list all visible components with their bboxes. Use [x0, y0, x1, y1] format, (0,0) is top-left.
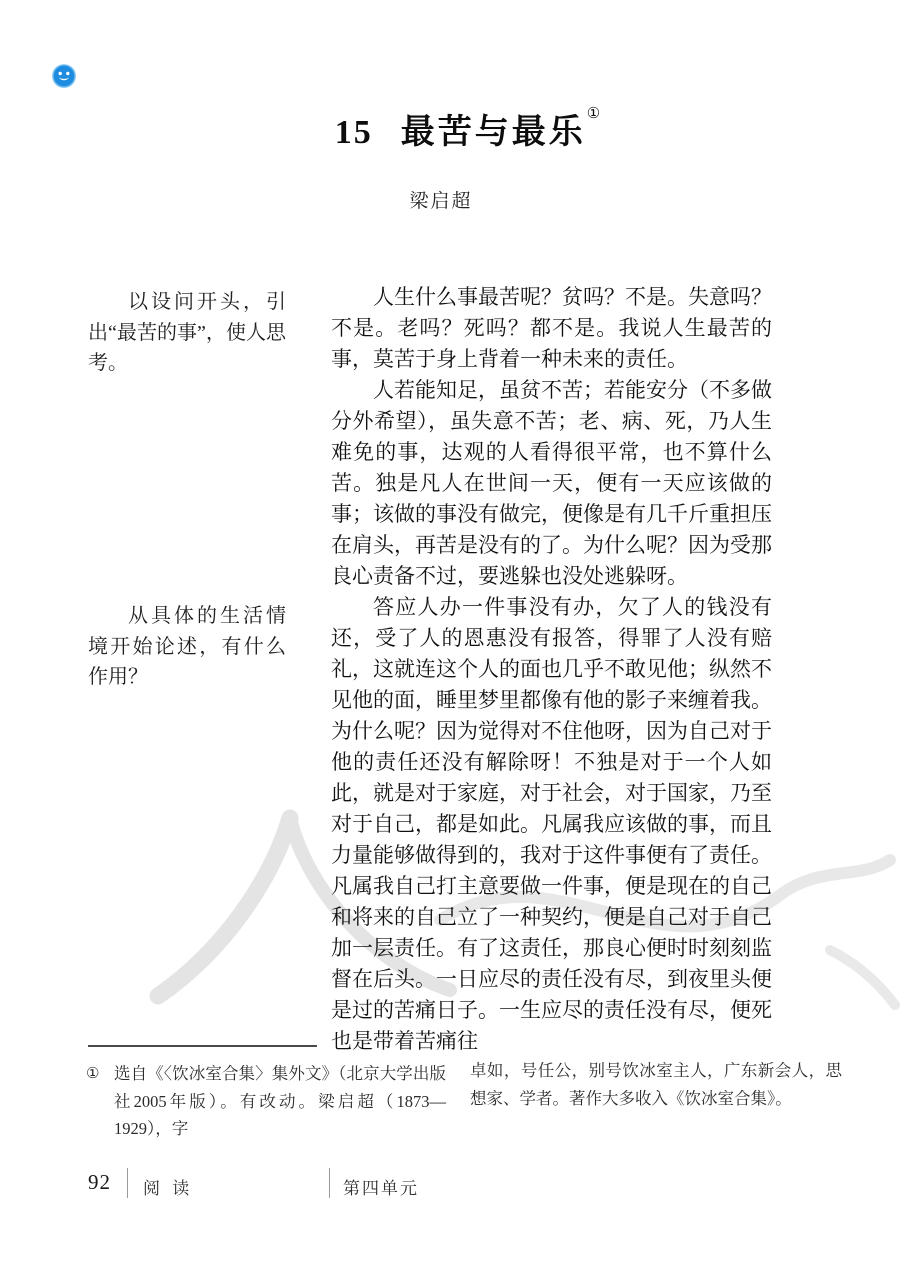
paragraph-1: 人生什么事最苦呢？贫吗？不是。失意吗？不是。老吗？死吗？都不是。我说人生最苦的事…	[331, 282, 772, 375]
paragraph-2: 人若能知足，虽贫不苦；若能安分（不多做分外希望），虽失意不苦；老、病、死，乃人生…	[331, 375, 772, 592]
footnote-divider	[88, 1045, 317, 1047]
textbook-page: 15最苦与最乐① 梁启超 以设问开头，引出“最苦的事”，使人思考。 从具体的生活…	[0, 0, 904, 1264]
footnote-marker: ①	[86, 1060, 114, 1143]
body-text: 人生什么事最苦呢？贫吗？不是。失意吗？不是。老吗？死吗？都不是。我说人生最苦的事…	[331, 282, 772, 1057]
page-number: 92	[88, 1170, 111, 1195]
lesson-number: 15	[335, 114, 373, 151]
title-footnote-ref: ①	[587, 106, 600, 122]
lesson-title-text: 最苦与最乐	[401, 114, 586, 151]
margin-note-2: 从具体的生活情境开始论述，有什么作用？	[88, 601, 286, 693]
footnote-left-column: ① 选自《〈饮冰室合集〉集外文》（北京大学出版社2005年版）。有改动。梁启超（…	[86, 1060, 446, 1143]
footer-divider-2	[329, 1168, 330, 1198]
page-footer: 92 阅 读 第四单元	[0, 1166, 904, 1206]
unit-label: 第四单元	[343, 1174, 419, 1199]
lesson-title: 15最苦与最乐①	[88, 104, 846, 153]
section-label: 阅 读	[143, 1174, 193, 1199]
footnote-left-text: 选自《〈饮冰室合集〉集外文》（北京大学出版社2005年版）。有改动。梁启超（18…	[114, 1060, 446, 1143]
margin-note-1: 以设问开头，引出“最苦的事”，使人思考。	[88, 287, 286, 379]
paragraph-3: 答应人办一件事没有办，欠了人的钱没有还，受了人的恩惠没有报答，得罪了人没有赔礼，…	[331, 592, 772, 1057]
author-name: 梁启超	[88, 186, 794, 213]
smiley-icon[interactable]	[52, 64, 76, 88]
footnote-right-column: 卓如，号任公，别号饮冰室主人，广东新会人，思想家、学者。著作大多收入《饮冰室合集…	[470, 1057, 842, 1112]
footer-divider-1	[127, 1168, 128, 1198]
